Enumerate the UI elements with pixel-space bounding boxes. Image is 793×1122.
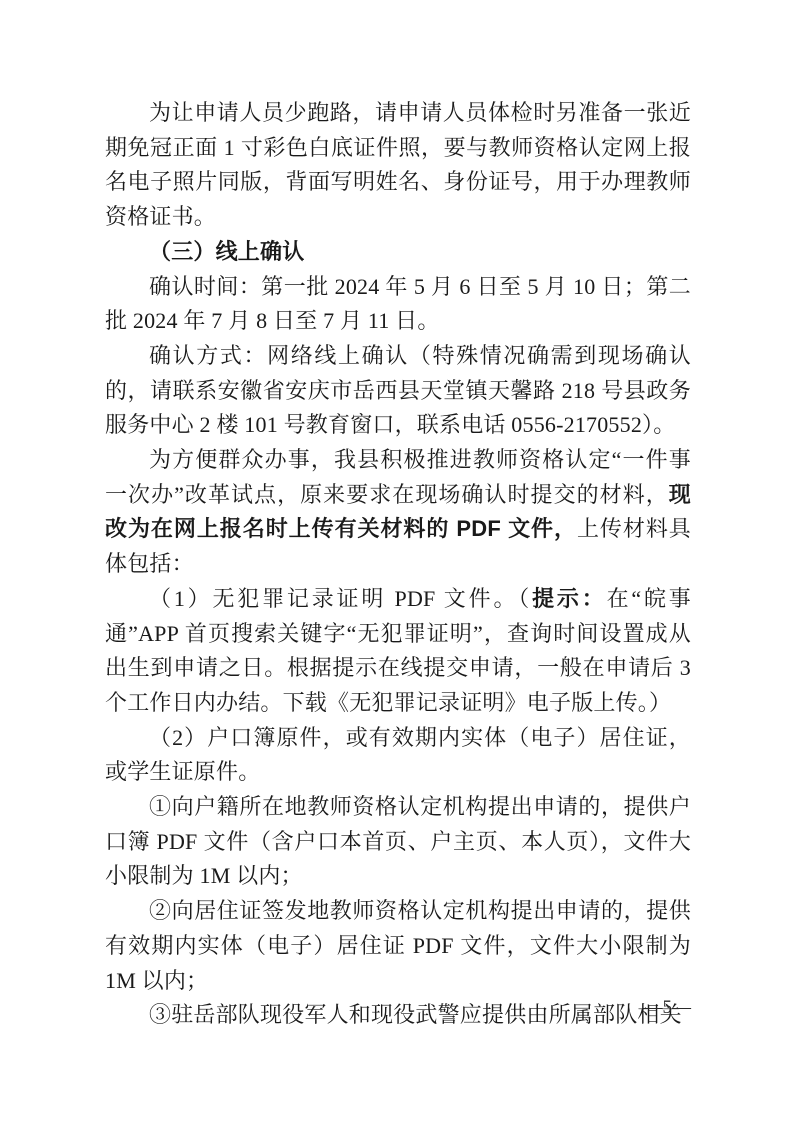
paragraph: ①向户籍所在地教师资格认定机构提出申请的，提供户口簿 PDF 文件（含户口本首页… bbox=[105, 790, 691, 894]
paragraph: 确认时间：第一批 2024 年 5 月 6 日至 5 月 10 日；第二批 20… bbox=[105, 270, 691, 339]
text-run-bold: （三）线上确认 bbox=[149, 239, 304, 264]
section-heading: （三）线上确认 bbox=[105, 235, 691, 270]
paragraph: ②向居住证签发地教师资格认定机构提出申请的，提供有效期内实体（电子）居住证 PD… bbox=[105, 894, 691, 998]
text-run: ②向居住证签发地教师资格认定机构提出申请的，提供有效期内实体（电子）居住证 PD… bbox=[105, 898, 691, 992]
text-run: （2）户口簿原件，或有效期内实体（电子）居住证，或学生证原件。 bbox=[105, 725, 691, 785]
text-run: 为方便群众办事，我县积极推进教师资格认定“一件事一次办”改革试点，原来要求在现场… bbox=[105, 447, 691, 507]
document-body: 为让申请人员少跑路，请申请人员体检时另准备一张近期免冠正面 1 寸彩色白底证件照… bbox=[105, 96, 691, 1033]
text-run: 确认方式：网络线上确认（特殊情况确需到现场确认的，请联系安徽省安庆市岳西县天堂镇… bbox=[105, 343, 691, 437]
paragraph: 确认方式：网络线上确认（特殊情况确需到现场确认的，请联系安徽省安庆市岳西县天堂镇… bbox=[105, 339, 691, 443]
text-run: 为让申请人员少跑路，请申请人员体检时另准备一张近期免冠正面 1 寸彩色白底证件照… bbox=[105, 100, 691, 229]
text-run-bold: 提示： bbox=[532, 586, 606, 611]
paragraph: 为让申请人员少跑路，请申请人员体检时另准备一张近期免冠正面 1 寸彩色白底证件照… bbox=[105, 96, 691, 235]
text-run: 确认时间：第一批 2024 年 5 月 6 日至 5 月 10 日；第二批 20… bbox=[105, 274, 691, 334]
paragraph: （2）户口簿原件，或有效期内实体（电子）居住证，或学生证原件。 bbox=[105, 721, 691, 790]
paragraph: （1）无犯罪记录证明 PDF 文件。（提示：在“皖事通”APP 首页搜索关键字“… bbox=[105, 582, 691, 721]
page-number: —5— bbox=[105, 997, 691, 1019]
text-run: ①向户籍所在地教师资格认定机构提出申请的，提供户口簿 PDF 文件（含户口本首页… bbox=[105, 794, 691, 888]
text-run: （1）无犯罪记录证明 PDF 文件。（ bbox=[149, 586, 532, 611]
paragraph: 为方便群众办事，我县积极推进教师资格认定“一件事一次办”改革试点，原来要求在现场… bbox=[105, 443, 691, 582]
document-page: 为让申请人员少跑路，请申请人员体检时另准备一张近期免冠正面 1 寸彩色白底证件照… bbox=[0, 0, 793, 1122]
